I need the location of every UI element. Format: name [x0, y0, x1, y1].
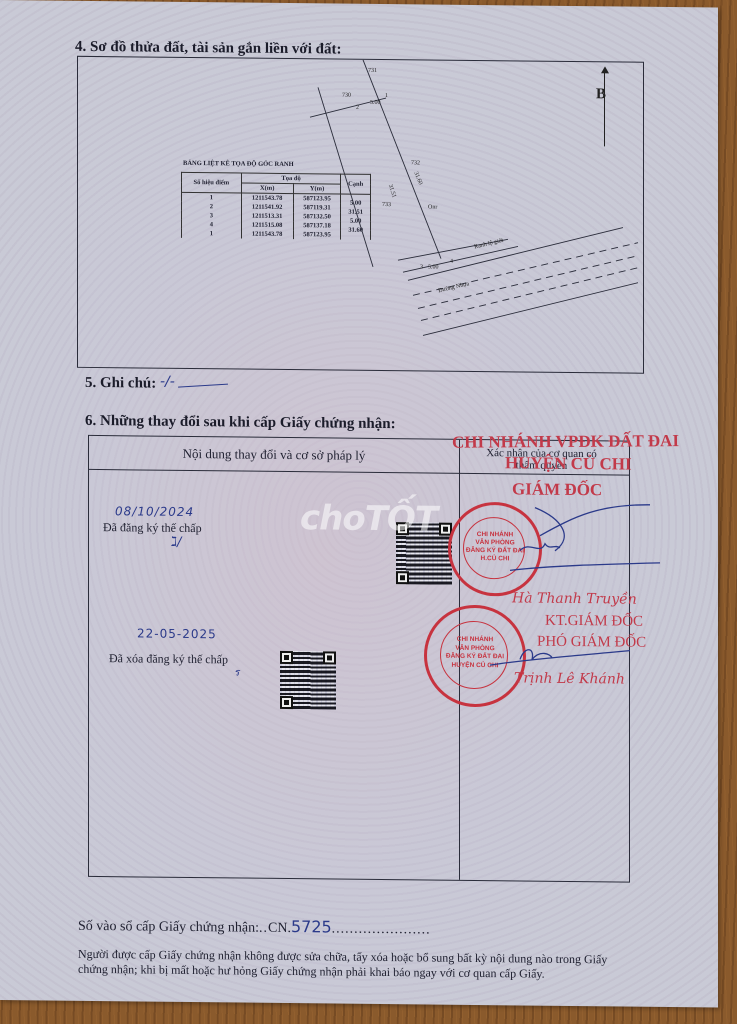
label-733: 733: [382, 202, 391, 208]
entry-1-date: 08/10/2024: [115, 504, 194, 519]
stamp-title-2a: KT.GIÁM ĐỐC: [545, 613, 643, 631]
watermark: choTỐT: [300, 498, 437, 539]
stamp-org-line2: HUYỆN CỦ CHI: [505, 453, 632, 474]
entry-2-date: 22-05-2025: [137, 626, 217, 641]
note-stroke: [178, 384, 228, 388]
registry-prefix: CN: [268, 921, 287, 936]
section-6-heading: 6. Những thay đổi sau khi cấp Giấy chứng…: [85, 413, 396, 433]
certificate-page: 4. Sơ đồ thửa đất, tài sản gắn liền với …: [0, 0, 718, 1008]
entry-2-initials: ร: [234, 665, 239, 680]
point-3: 3: [420, 264, 423, 270]
coord-table: Số hiệu điểm Tọa độ Cạnh X(m) Y(m) 11211…: [181, 172, 371, 240]
point-1: 1: [385, 93, 388, 99]
registry-number: 5725: [291, 917, 332, 936]
header-x: X(m): [241, 183, 293, 194]
stamp-org-line1: CHI NHÁNH VPĐK ĐẤT ĐAI: [452, 431, 679, 453]
label-731: 731: [368, 68, 377, 74]
header-y: Y(m): [293, 184, 341, 195]
qr-code-2[interactable]: [280, 651, 336, 710]
label-730: 730: [342, 93, 351, 99]
header-point: Số hiệu điểm: [182, 172, 242, 193]
registry-label: Số vào sổ cấp Giấy chứng nhận:: [78, 919, 259, 936]
point-4: 4: [450, 259, 453, 265]
col-content-header: Nội dung thay đổi và cơ sở pháp lý: [89, 445, 459, 465]
notice-text: Người được cấp Giấy chứng nhận không đượ…: [78, 947, 638, 983]
section-5-heading: 5. Ghi chú:: [85, 375, 156, 393]
entry-2-text: Đã xóa đăng ký thế chấp: [109, 651, 228, 667]
point-2: 2: [356, 105, 359, 111]
coord-table-title: BẢNG LIỆT KÊ TỌA ĐỘ GÓC RANH: [183, 160, 294, 168]
entry-1-text: Đã đăng ký thế chấp: [103, 520, 202, 536]
signature-1: [480, 495, 670, 597]
edge-top: 5.00: [370, 100, 381, 106]
signer-1-name: Hà Thanh Truyền: [512, 590, 637, 607]
registry-line: Số vào sổ cấp Giấy chứng nhận:..CN.5725.…: [78, 915, 431, 939]
signer-2-name: Trịnh Lê Khánh: [514, 670, 625, 687]
entry-1-initials: ℷ/: [171, 535, 181, 550]
parcel-map-frame: B 731 730 1 5.00 2 732 31.60: [77, 56, 644, 374]
note-value: -/-: [160, 374, 175, 390]
land-use-label: Onr: [428, 204, 437, 210]
edge-bottom: 5.00: [428, 264, 439, 270]
label-732: 732: [411, 160, 420, 166]
